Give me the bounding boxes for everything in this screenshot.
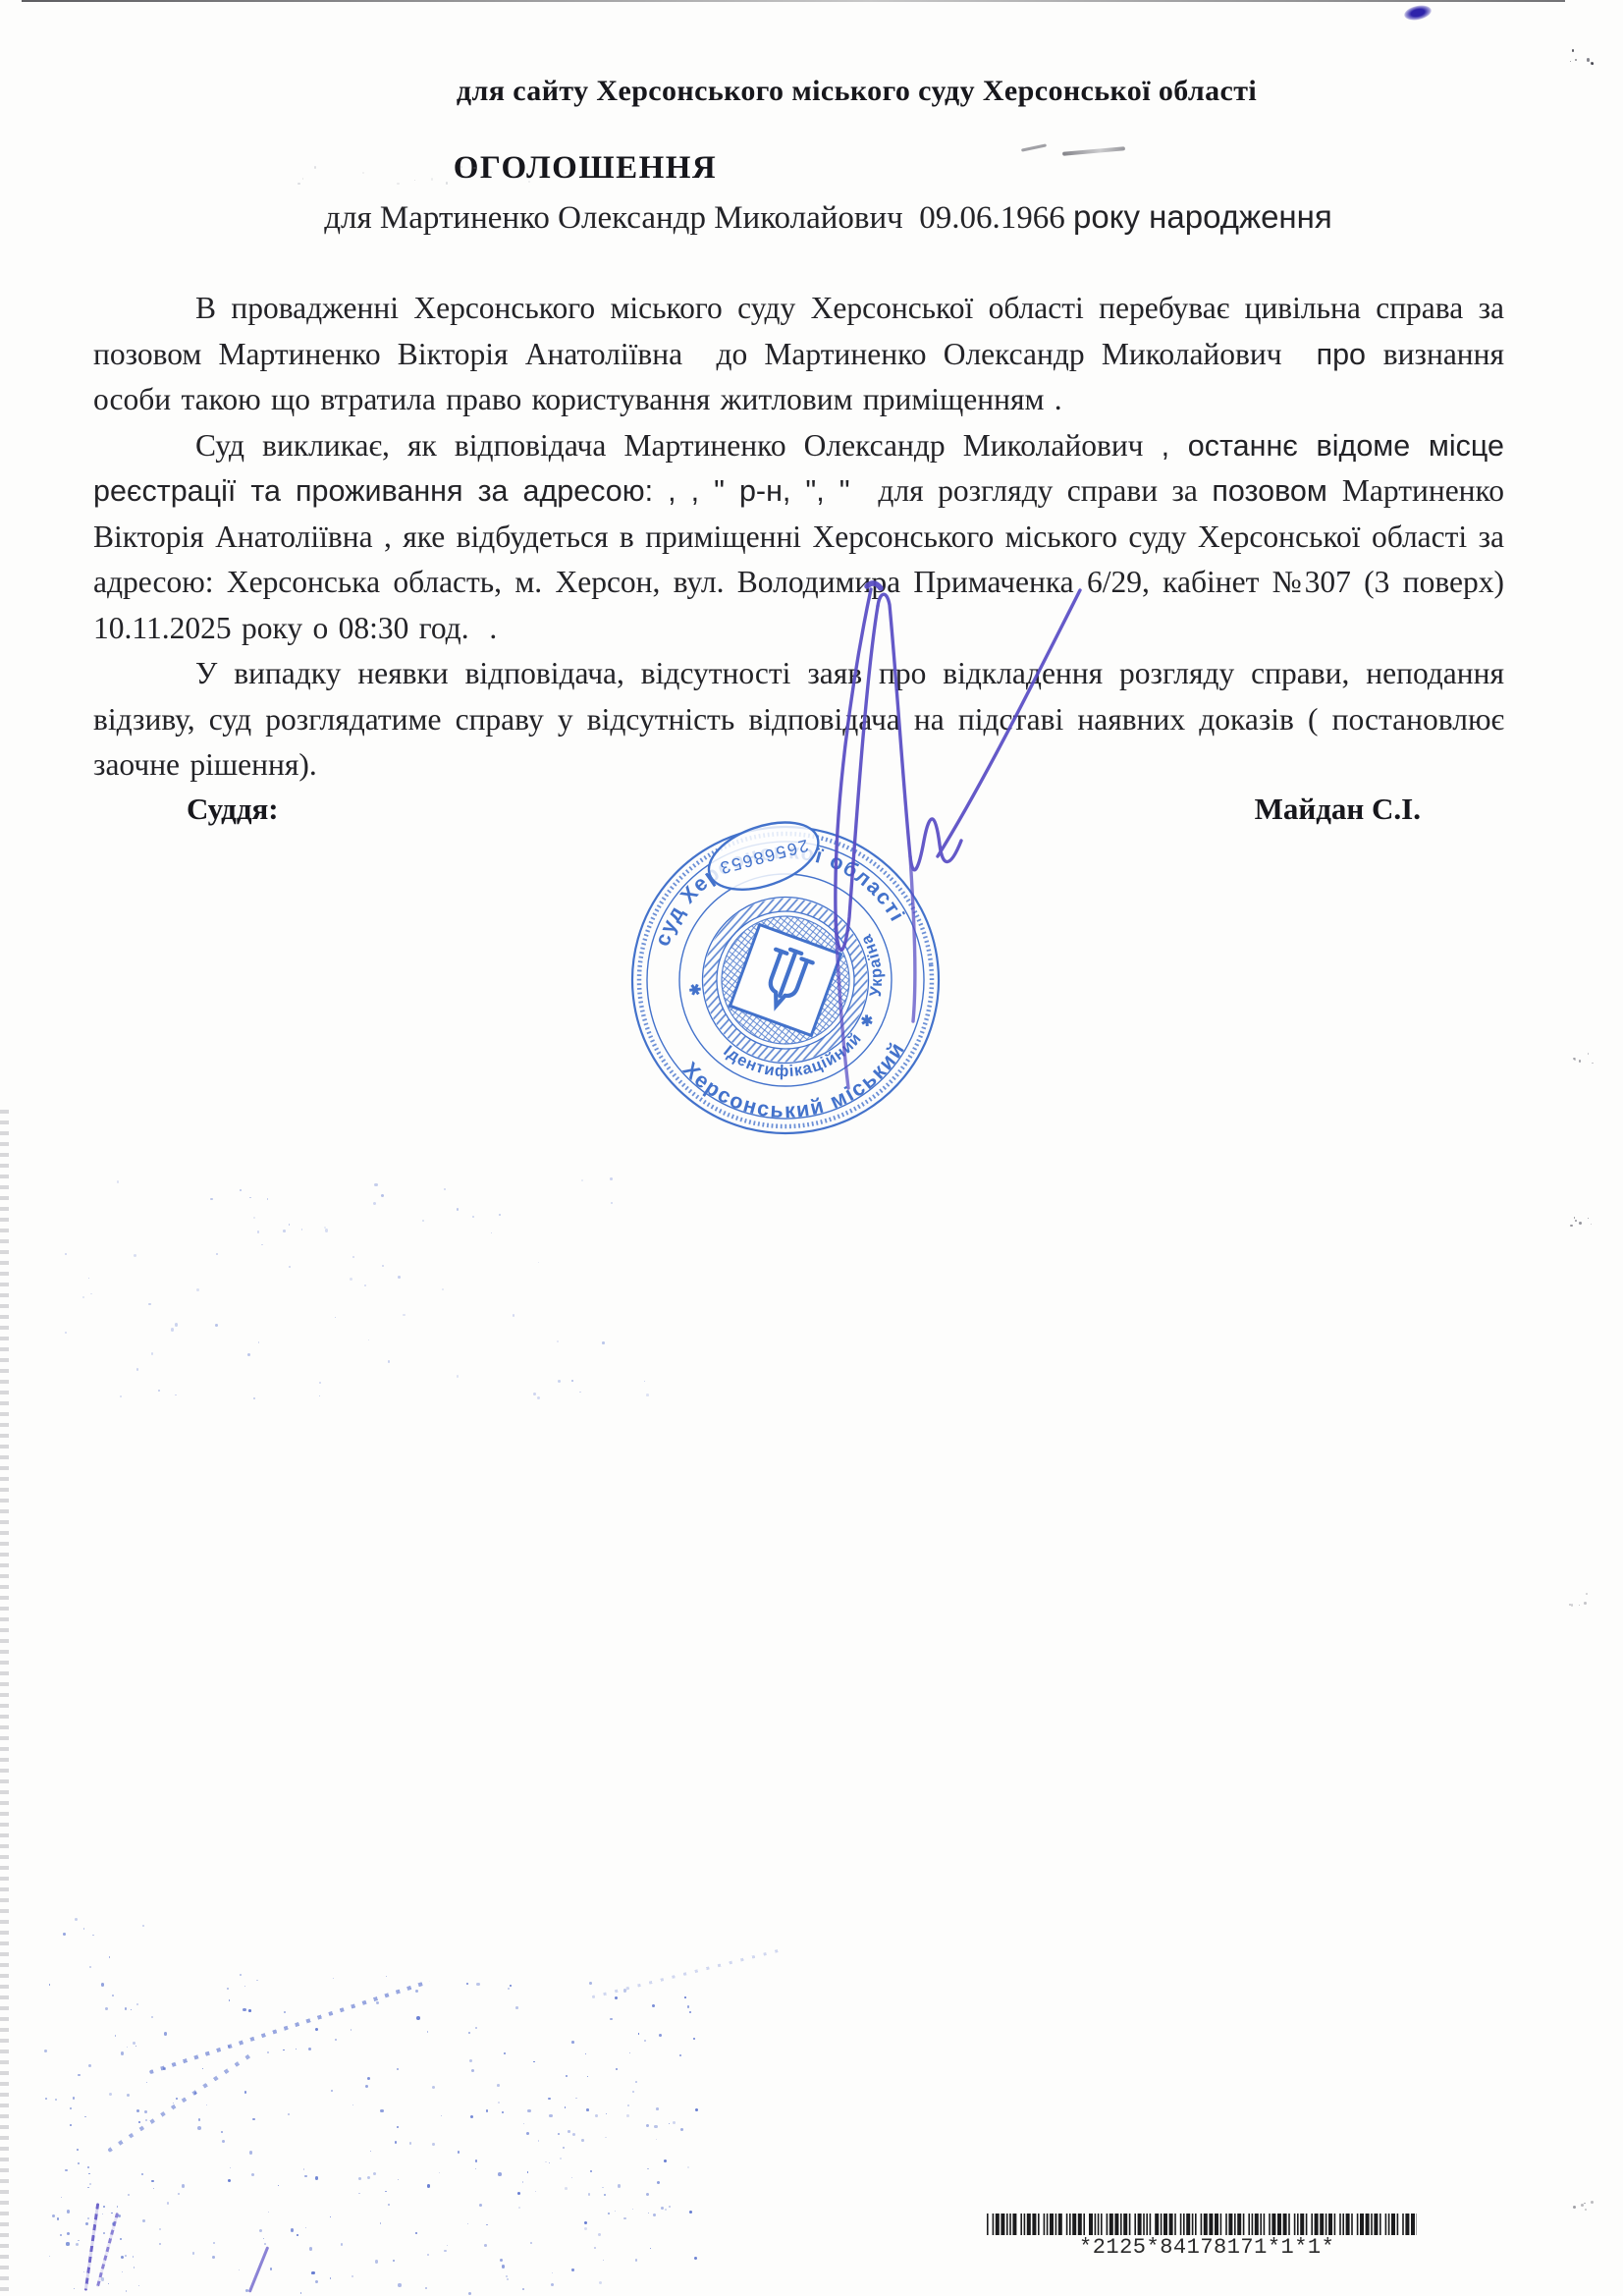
barcode-bar	[1380, 2214, 1381, 2235]
ink-speck	[693, 2038, 695, 2040]
ink-speck	[484, 2244, 487, 2247]
ink-speck	[572, 2133, 575, 2136]
ink-speck	[136, 1368, 138, 1370]
ink-speck	[646, 2124, 649, 2127]
barcode-bar	[1101, 2214, 1103, 2235]
ink-speck	[121, 2256, 124, 2259]
barcode-bar	[1095, 2214, 1097, 2235]
ink-speck	[215, 1324, 218, 1327]
ink-speck	[89, 2183, 91, 2185]
ink-speck	[125, 2255, 127, 2257]
ink-speck	[136, 2003, 138, 2005]
ink-speck	[386, 1976, 387, 1977]
ink-speck	[1592, 63, 1594, 65]
ink-speck	[1575, 59, 1577, 61]
barcode-bar	[1371, 2214, 1373, 2235]
ink-speck	[388, 2204, 391, 2207]
barcode-bar	[1024, 2214, 1026, 2235]
ink-speck	[259, 2229, 262, 2232]
ink-speck	[380, 2222, 382, 2224]
ink-speck	[680, 2128, 683, 2131]
ink-speck	[581, 1179, 583, 1181]
ink-speck	[1588, 1053, 1590, 1055]
ink-speck	[500, 2259, 503, 2262]
barcode-bar	[1169, 2214, 1173, 2235]
ink-speck	[673, 2121, 676, 2124]
ink-speck	[134, 1254, 136, 1257]
ink-speck	[335, 1317, 336, 1318]
ink-speck	[1584, 2203, 1585, 2204]
ink-speck	[296, 2049, 297, 2050]
judge-name: Майдан С.І.	[1255, 792, 1421, 827]
ink-speck	[78, 2240, 80, 2242]
ink-speck	[330, 2216, 331, 2217]
barcode-bar	[1098, 2214, 1100, 2235]
ink-speck	[175, 1323, 178, 1326]
text-run: У випадку неявки відповідача, відсутност…	[93, 656, 1514, 782]
ink-speck	[551, 2283, 554, 2286]
ink-speck	[158, 1390, 160, 1392]
ink-speck	[669, 2206, 671, 2208]
ink-speck	[1588, 1218, 1589, 1219]
ink-speck	[136, 2109, 139, 2112]
ink-speck	[475, 2159, 478, 2162]
barcode-bar	[1083, 2214, 1085, 2235]
ink-speck	[88, 1278, 90, 1280]
barcode-bar	[1066, 2214, 1068, 2235]
text-run: Суд викликає, як відповідача Мартиненко …	[195, 428, 1162, 463]
barcode-bar	[1311, 2214, 1313, 2235]
ink-speck	[375, 2260, 379, 2264]
ink-speck	[611, 1202, 613, 1204]
ink-speck	[558, 1380, 561, 1383]
ink-speck	[222, 2140, 225, 2143]
document-title: ОГОЛОШЕННЯ	[0, 150, 1170, 187]
ink-speck	[112, 1995, 114, 1996]
ink-speck	[491, 1232, 492, 1233]
ink-speck	[82, 1296, 84, 1298]
ink-speck	[90, 1293, 92, 1295]
ink-speck	[650, 2248, 652, 2250]
ink-speck	[432, 2143, 435, 2146]
ink-speck	[602, 2187, 603, 2188]
ink-speck	[457, 1208, 460, 1211]
ink-speck	[303, 2168, 305, 2170]
barcode-bar	[1237, 2214, 1241, 2235]
ink-speck	[120, 1395, 122, 1397]
ink-speck	[134, 2267, 135, 2269]
barcode-bar	[1228, 2214, 1232, 2235]
ink-speck	[549, 2114, 553, 2118]
barcode-text: *2125*84178171*1*1*	[985, 2235, 1417, 2260]
ink-speck	[247, 1353, 250, 1356]
document-header-line: для сайту Херсонського міського суду Хер…	[0, 75, 1623, 108]
ink-speck	[590, 2170, 592, 2172]
barcode-bar	[1277, 2214, 1281, 2235]
ink-speck	[103, 2232, 105, 2234]
ink-speck	[1579, 1222, 1582, 1225]
ink-speck	[122, 2271, 123, 2272]
barcode-bar	[1001, 2214, 1004, 2235]
ink-speck	[245, 2289, 248, 2292]
barcode-bar	[1183, 2214, 1185, 2235]
ink-speck	[431, 178, 434, 181]
ink-speck	[352, 2105, 353, 2105]
ink-speck	[213, 2242, 215, 2244]
barcode-bar	[1374, 2214, 1378, 2235]
ink-speck	[244, 2091, 247, 2094]
barcode-bar	[1050, 2214, 1054, 2235]
barcode-bar	[1032, 2214, 1036, 2235]
scan-artifact-ink-trail	[592, 1948, 784, 1998]
ink-speck	[444, 1188, 446, 1190]
ink-speck	[253, 1217, 255, 1219]
ink-speck	[176, 2098, 178, 2100]
barcode-bar	[1269, 2214, 1271, 2235]
ink-speck	[441, 2115, 442, 2116]
ink-speck	[689, 2211, 692, 2214]
ink-speck	[153, 2188, 155, 2190]
ink-speck	[67, 2210, 71, 2214]
ink-speck	[1579, 1605, 1581, 1607]
ink-speck	[133, 2256, 135, 2258]
ink-speck	[427, 2031, 429, 2033]
ink-speck	[632, 2209, 634, 2211]
ink-speck	[109, 1956, 111, 1958]
ink-speck	[228, 2179, 231, 2182]
ink-speck	[333, 1978, 334, 1979]
barcode-bar	[1146, 2214, 1148, 2235]
ink-speck	[61, 2197, 63, 2199]
ink-speck	[499, 1214, 501, 1216]
ink-speck	[103, 2206, 105, 2208]
barcode-bar	[1009, 2214, 1011, 2235]
ink-speck	[467, 2223, 468, 2224]
ink-speck	[127, 2094, 130, 2097]
barcode-bar	[1271, 2214, 1275, 2235]
barcode-bar	[1288, 2214, 1290, 2235]
ink-speck	[497, 2084, 500, 2087]
ink-speck	[75, 1918, 78, 1921]
ink-speck	[49, 1984, 50, 1985]
ink-speck	[380, 2109, 383, 2112]
barcode-bar	[1402, 2214, 1404, 2235]
ink-speck	[229, 1999, 230, 2000]
barcode-bar	[1138, 2214, 1142, 2235]
ink-speck	[49, 2256, 51, 2258]
judge-label: Суддя:	[187, 792, 279, 827]
ink-speck	[289, 1266, 291, 1268]
ink-speck	[587, 2076, 588, 2077]
barcode-bar	[1283, 2214, 1287, 2235]
ink-speck	[101, 2277, 105, 2281]
ink-speck	[141, 2173, 143, 2175]
ink-speck	[83, 1928, 84, 1929]
ink-speck	[552, 2272, 553, 2273]
ink-speck	[244, 1986, 245, 1987]
ink-speck	[689, 2011, 692, 2014]
ink-speck	[182, 2184, 186, 2188]
ink-speck	[565, 2187, 568, 2190]
ink-speck	[571, 2041, 574, 2044]
ink-speck	[507, 2278, 509, 2280]
ink-speck	[364, 1285, 366, 1286]
ink-speck	[1585, 2209, 1588, 2212]
ink-speck	[560, 2158, 562, 2159]
ink-speck	[1592, 1063, 1594, 1065]
ink-speck	[197, 2126, 201, 2130]
ink-speck	[76, 2243, 79, 2246]
barcode-bar	[1201, 2214, 1203, 2235]
barcode-bar	[1264, 2214, 1266, 2235]
ink-speck	[121, 2051, 125, 2055]
barcode-bar	[1058, 2214, 1062, 2235]
barcode-bar	[1385, 2214, 1387, 2235]
ink-speck	[1586, 1593, 1588, 1595]
barcode-bar	[1397, 2214, 1399, 2235]
ink-speck	[55, 2099, 57, 2101]
barcode-bar	[1155, 2214, 1159, 2235]
ink-speck	[283, 2050, 284, 2050]
barcode-bar	[1252, 2214, 1254, 2235]
ink-speck	[523, 2123, 524, 2124]
subtitle-name-run: для Мартиненко Олександр Миколайович 09.…	[324, 200, 1073, 236]
ink-speck	[638, 2033, 639, 2034]
ink-speck	[297, 2234, 298, 2236]
ink-speck	[248, 2009, 251, 2012]
ink-speck	[1581, 2204, 1584, 2207]
ink-speck	[656, 2107, 659, 2110]
ink-speck	[324, 1227, 326, 1229]
barcode-bar	[1006, 2214, 1008, 2235]
barcode-bar	[1069, 2214, 1071, 2235]
barcode-block: *2125*84178171*1*1*	[985, 2214, 1417, 2260]
ink-speck	[376, 2001, 379, 2004]
ink-speck	[268, 2212, 269, 2213]
ink-speck	[610, 2018, 613, 2021]
barcode-bar	[1180, 2214, 1182, 2235]
ink-speck	[632, 2091, 634, 2093]
barcode-bar	[1360, 2214, 1364, 2235]
ink-speck	[498, 2172, 502, 2176]
barcode-bar	[1055, 2214, 1057, 2235]
ink-speck	[584, 2227, 587, 2230]
ink-speck	[584, 2221, 588, 2225]
ink-speck	[425, 2287, 428, 2290]
ink-speck	[439, 2172, 441, 2174]
ink-speck	[595, 2114, 598, 2117]
stamp-ring-text-bottom: Херсонський міський	[676, 1035, 916, 1134]
ink-speck	[83, 2271, 84, 2272]
ink-speck	[301, 1229, 303, 1230]
ink-speck	[240, 1974, 242, 1976]
barcode-bar	[1315, 2214, 1319, 2235]
ink-speck	[602, 1341, 605, 1344]
ink-speck	[460, 166, 462, 168]
ink-speck	[427, 2184, 431, 2188]
ink-speck	[646, 2193, 649, 2196]
scan-artifact-pen-streak	[84, 2203, 99, 2291]
ink-speck	[515, 2006, 518, 2009]
ink-speck	[549, 2162, 551, 2164]
ink-speck	[373, 1202, 376, 1205]
ink-speck	[1570, 1225, 1573, 1228]
ink-speck	[374, 1183, 377, 1186]
barcode-bar	[1195, 2214, 1197, 2235]
ink-speck	[101, 1983, 104, 1986]
ink-speck	[508, 1988, 510, 1990]
ink-speck	[175, 1394, 177, 1396]
barcode-bar	[1209, 2214, 1213, 2235]
ink-speck	[167, 2202, 170, 2205]
ink-speck	[527, 2109, 530, 2112]
ink-speck	[469, 2059, 472, 2062]
stamp-ring-text-top: суд Херсонської області	[641, 827, 910, 952]
court-stamp: суд Херсонської області Херсонський місь…	[616, 797, 953, 1148]
ink-speck	[118, 2214, 121, 2217]
ink-speck	[502, 2265, 506, 2269]
barcode-bar	[1243, 2214, 1245, 2235]
ink-speck	[300, 2292, 301, 2293]
ink-speck	[117, 2206, 119, 2208]
paragraph-1: В провадженні Херсонського міського суду…	[93, 286, 1504, 423]
ink-speck	[565, 2106, 567, 2108]
ink-speck	[447, 2245, 448, 2246]
ink-speck	[78, 2162, 80, 2164]
ink-speck	[120, 2238, 123, 2241]
ink-speck	[368, 1339, 369, 1340]
stamp-star-left: ✱	[685, 983, 703, 998]
ink-speck	[528, 181, 530, 183]
ink-speck	[251, 2173, 254, 2176]
ink-speck	[470, 2115, 474, 2119]
barcode-bar	[1192, 2214, 1194, 2235]
ink-speck	[350, 1278, 352, 1281]
ink-speck	[538, 1262, 539, 1263]
ink-speck	[330, 2277, 332, 2279]
barcode-bar	[1150, 2214, 1152, 2235]
ink-speck	[370, 2151, 372, 2153]
barcode-bar	[1078, 2214, 1082, 2235]
ink-speck	[598, 2233, 601, 2236]
ink-speck	[109, 2093, 112, 2096]
ink-speck	[315, 2280, 318, 2283]
ink-speck	[615, 2211, 617, 2213]
barcode-bar	[1134, 2214, 1136, 2235]
barcode-bar	[1342, 2214, 1344, 2235]
ink-speck	[1571, 1604, 1574, 1607]
ink-speck	[398, 1276, 401, 1279]
ink-speck	[291, 2228, 295, 2232]
ink-speck	[77, 2149, 79, 2151]
scan-artifact-pen-streak	[248, 2246, 270, 2292]
ink-speck	[315, 2176, 319, 2180]
ink-speck	[472, 1216, 474, 1218]
ink-speck	[78, 2074, 81, 2077]
ink-speck	[416, 2016, 420, 2020]
ink-speck	[669, 2123, 670, 2124]
subtitle-tail-run: року народження	[1073, 198, 1332, 235]
ink-speck	[626, 2114, 629, 2117]
ink-speck	[309, 2247, 313, 2251]
barcode-bar	[1186, 2214, 1190, 2235]
ink-speck	[398, 2283, 401, 2286]
ink-speck	[1584, 1602, 1587, 1605]
ink-speck	[151, 2180, 154, 2183]
ink-speck	[397, 2068, 399, 2070]
ink-speck	[44, 2050, 47, 2052]
barcode-bar	[1388, 2214, 1390, 2235]
stamp-code: 26568653	[717, 836, 811, 879]
ink-speck	[382, 1265, 384, 1267]
barcode-bar	[1351, 2214, 1353, 2235]
stamp-star-right: ✱	[856, 1010, 879, 1031]
barcode-bar	[1339, 2214, 1341, 2235]
ink-speck	[133, 2042, 135, 2045]
barcode-bar	[1306, 2214, 1308, 2235]
ink-speck	[403, 1314, 406, 1317]
ink-speck	[627, 2105, 629, 2106]
ink-speck	[335, 2039, 338, 2042]
ink-speck	[117, 1180, 120, 1183]
ink-speck	[393, 2260, 396, 2263]
ink-speck	[63, 1933, 66, 1936]
ink-speck	[615, 1996, 618, 1999]
ink-speck	[635, 2259, 638, 2262]
ink-speck	[468, 2032, 470, 2034]
ink-speck	[239, 2269, 241, 2271]
ink-speck	[661, 2207, 664, 2210]
barcode-bar	[1234, 2214, 1236, 2235]
ink-speck	[138, 2285, 139, 2286]
ink-speck	[381, 1194, 384, 1197]
ink-speck	[144, 2110, 147, 2113]
ink-speck	[604, 2194, 606, 2196]
ink-speck	[563, 2147, 565, 2149]
ink-speck	[466, 1983, 468, 1985]
barcode-bar	[1114, 2214, 1118, 2235]
ink-speck	[283, 1230, 286, 1232]
barcode-bar	[996, 2214, 1000, 2235]
ink-speck	[270, 2268, 273, 2270]
trident-emblem	[730, 925, 841, 1036]
barcode-bar	[993, 2214, 995, 2235]
text-run: про	[1299, 338, 1383, 371]
ink-speck	[146, 2082, 147, 2083]
barcode-bar	[1038, 2214, 1040, 2235]
ink-speck	[257, 1230, 259, 1232]
ink-speck	[325, 1229, 328, 1231]
paragraph-2: Суд викликає, як відповідача Мартиненко …	[93, 423, 1504, 652]
ink-speck	[533, 2061, 534, 2062]
ink-speck	[284, 2011, 286, 2013]
ink-speck	[415, 1990, 418, 1993]
barcode-bar	[1325, 2214, 1327, 2235]
ink-speck	[510, 1985, 511, 1986]
barcode-bar	[1020, 2214, 1022, 2235]
ink-speck	[87, 2166, 89, 2168]
ink-speck	[358, 2193, 360, 2195]
ink-speck	[151, 1352, 153, 1354]
ink-speck	[45, 2098, 47, 2100]
barcode-bar	[987, 2214, 989, 2235]
barcode-bar	[1391, 2214, 1395, 2235]
document-subtitle: для Мартиненко Олександр Миколайович 09.…	[0, 198, 1623, 237]
barcode-bar	[1109, 2214, 1113, 2235]
stamp-crosshatch-disc	[716, 910, 856, 1051]
ink-speck	[458, 2151, 460, 2153]
ink-speck	[196, 1288, 199, 1291]
